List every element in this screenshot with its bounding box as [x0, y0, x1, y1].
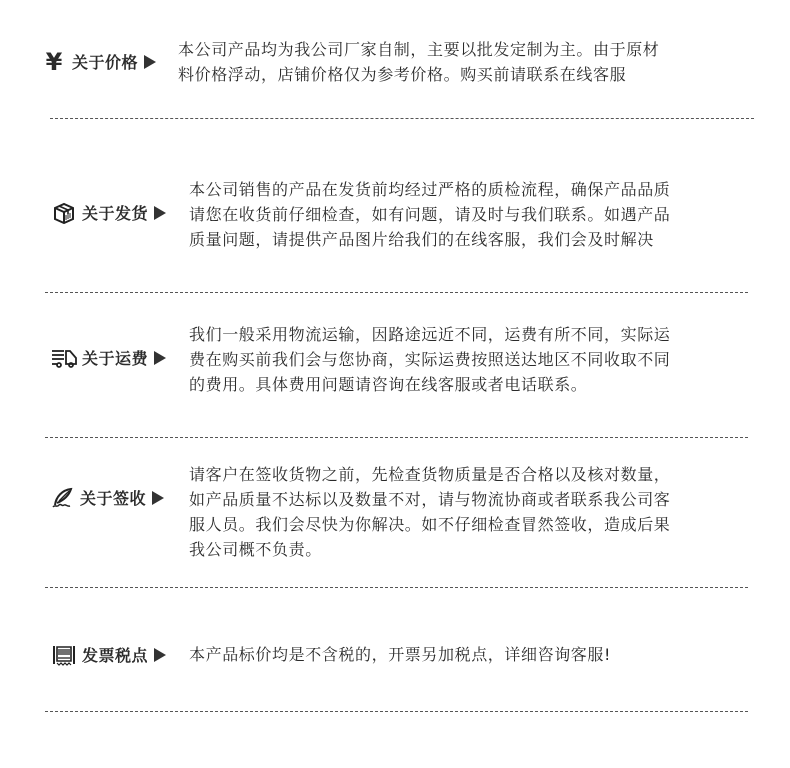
shipping-title: 关于发货 [82, 201, 148, 224]
package-box-icon [52, 202, 76, 224]
price-description: 本公司产品均为我公司厂家自制，主要以批发定制为主。由于原材 料价格浮动，店铺价格… [178, 37, 659, 87]
quill-signature-icon [50, 487, 76, 509]
right-arrow-icon [152, 491, 164, 505]
signoff-description: 请客户在签收货物之前，先检查货物质量是否合格以及核对数量， 如产品质量不达标以及… [189, 462, 670, 562]
freight-title: 关于运费 [82, 346, 148, 369]
receipt-invoice-icon [52, 644, 76, 666]
price-label: ¥ 关于价格 [42, 50, 156, 73]
yen-icon: ¥ [42, 51, 66, 73]
shipping-description: 本公司销售的产品在发货前均经过严格的质检流程，确保产品品质 请您在收货前仔细检查… [189, 177, 670, 252]
divider [45, 437, 748, 438]
delivery-truck-icon [50, 347, 78, 369]
signoff-title: 关于签收 [80, 486, 146, 509]
invoice-description: 本产品标价均是不含税的，开票另加税点，详细咨询客服! [189, 642, 611, 667]
right-arrow-icon [154, 351, 166, 365]
divider [50, 118, 754, 119]
right-arrow-icon [154, 206, 166, 220]
divider [45, 292, 748, 293]
divider [45, 711, 748, 712]
invoice-label: 发票税点 [52, 643, 166, 666]
right-arrow-icon [144, 55, 156, 69]
invoice-title: 发票税点 [82, 643, 148, 666]
divider [45, 587, 748, 588]
freight-description: 我们一般采用物流运输，因路途远近不同，运费有所不同，实际运 费在购买前我们会与您… [189, 322, 670, 397]
freight-label: 关于运费 [50, 346, 166, 369]
signoff-label: 关于签收 [50, 486, 164, 509]
right-arrow-icon [154, 648, 166, 662]
shipping-label: 关于发货 [52, 201, 166, 224]
price-title: 关于价格 [72, 50, 138, 73]
